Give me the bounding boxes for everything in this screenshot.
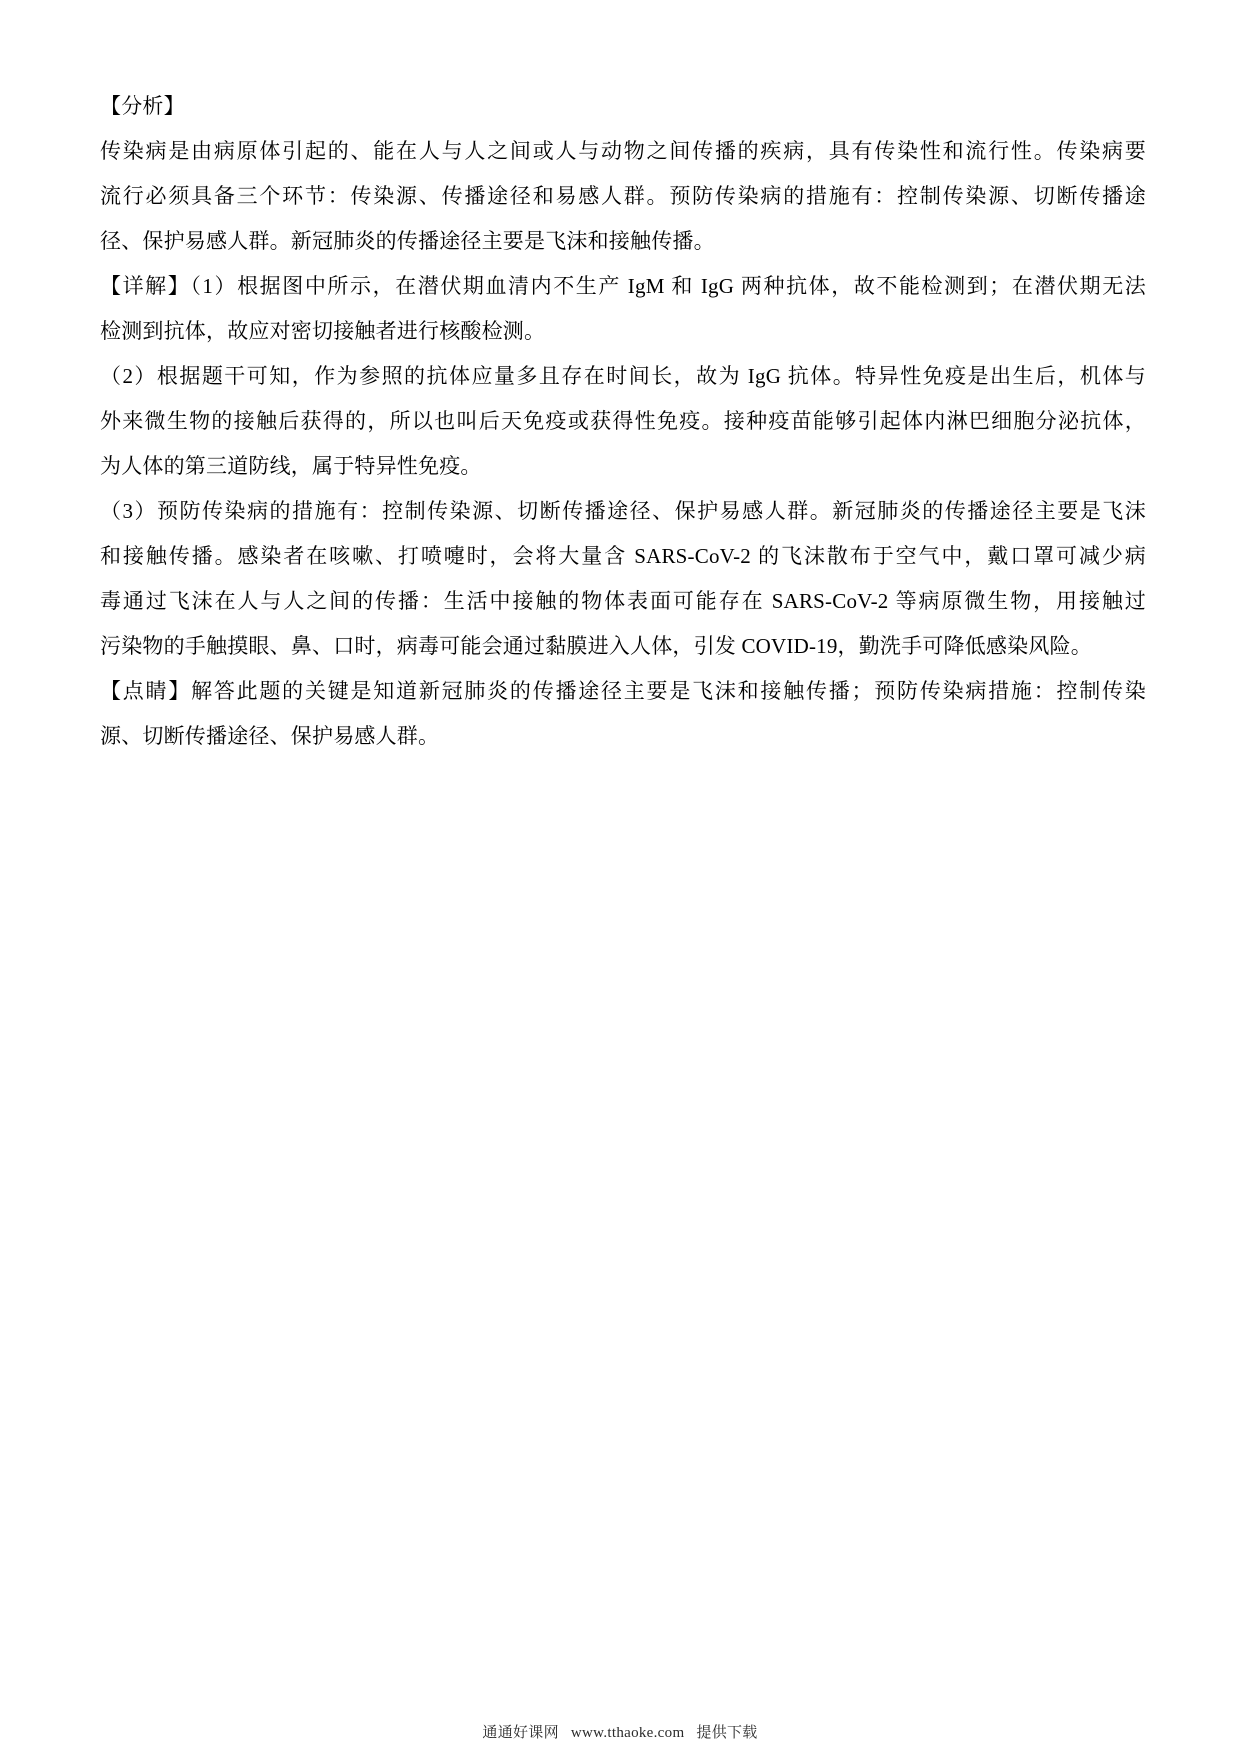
text-line: 径、保护易感人群。新冠肺炎的传播途径主要是飞沫和接触传播。 [100,219,1146,264]
text-line: 外来微生物的接触后获得的，所以也叫后天免疫或获得性免疫。接种疫苗能够引起体内淋巴… [100,399,1146,444]
text-line: 为人体的第三道防线，属于特异性免疫。 [100,444,1146,489]
document-body: 【分析】传染病是由病原体引起的、能在人与人之间或人与动物之间传播的疾病，具有传染… [100,84,1146,759]
paragraph-detail-part2: （2）根据题干可知，作为参照的抗体应量多且存在时间长，故为 IgG 抗体。特异性… [100,354,1146,489]
text-line: 【分析】 [100,84,1146,129]
footer-site-name: 通通好课网 [482,1725,559,1741]
text-line: 【详解】（1）根据图中所示，在潜伏期血清内不生产 IgM 和 IgG 两种抗体，… [100,264,1146,309]
text-line: 检测到抗体，故应对密切接触者进行核酸检测。 [100,309,1146,354]
text-line: 污染物的手触摸眼、鼻、口时，病毒可能会通过黏膜进入人体，引发 COVID-19，… [100,624,1146,669]
text-line: 【点睛】解答此题的关键是知道新冠肺炎的传播途径主要是飞沫和接触传播；预防传染病措… [100,669,1146,714]
paragraph-key-point: 【点睛】解答此题的关键是知道新冠肺炎的传播途径主要是飞沫和接触传播；预防传染病措… [100,669,1146,759]
text-line: 毒通过飞沫在人与人之间的传播：生活中接触的物体表面可能存在 SARS-CoV-2… [100,579,1146,624]
paragraph-detail-part1: 【详解】（1）根据图中所示，在潜伏期血清内不生产 IgM 和 IgG 两种抗体，… [100,264,1146,354]
text-line: 和接触传播。感染者在咳嗽、打喷嚏时，会将大量含 SARS-CoV-2 的飞沫散布… [100,534,1146,579]
paragraph-analysis-body: 传染病是由病原体引起的、能在人与人之间或人与动物之间传播的疾病，具有传染性和流行… [100,129,1146,264]
footer-suffix: 提供下载 [696,1725,757,1741]
text-line: 流行必须具备三个环节：传染源、传播途径和易感人群。预防传染病的措施有：控制传染源… [100,174,1146,219]
document-page: 【分析】传染病是由病原体引起的、能在人与人之间或人与动物之间传播的疾病，具有传染… [0,0,1240,1754]
paragraph-analysis-label: 【分析】 [100,84,1146,129]
paragraph-detail-part3: （3）预防传染病的措施有：控制传染源、切断传播途径、保护易感人群。新冠肺炎的传播… [100,489,1146,669]
text-line: （2）根据题干可知，作为参照的抗体应量多且存在时间长，故为 IgG 抗体。特异性… [100,354,1146,399]
footer-site-url: www.tthaoke.com [571,1725,685,1741]
text-line: 源、切断传播途径、保护易感人群。 [100,714,1146,759]
page-footer: 通通好课网www.tthaoke.com提供下载 [0,1721,1240,1742]
text-line: 传染病是由病原体引起的、能在人与人之间或人与动物之间传播的疾病，具有传染性和流行… [100,129,1146,174]
text-line: （3）预防传染病的措施有：控制传染源、切断传播途径、保护易感人群。新冠肺炎的传播… [100,489,1146,534]
